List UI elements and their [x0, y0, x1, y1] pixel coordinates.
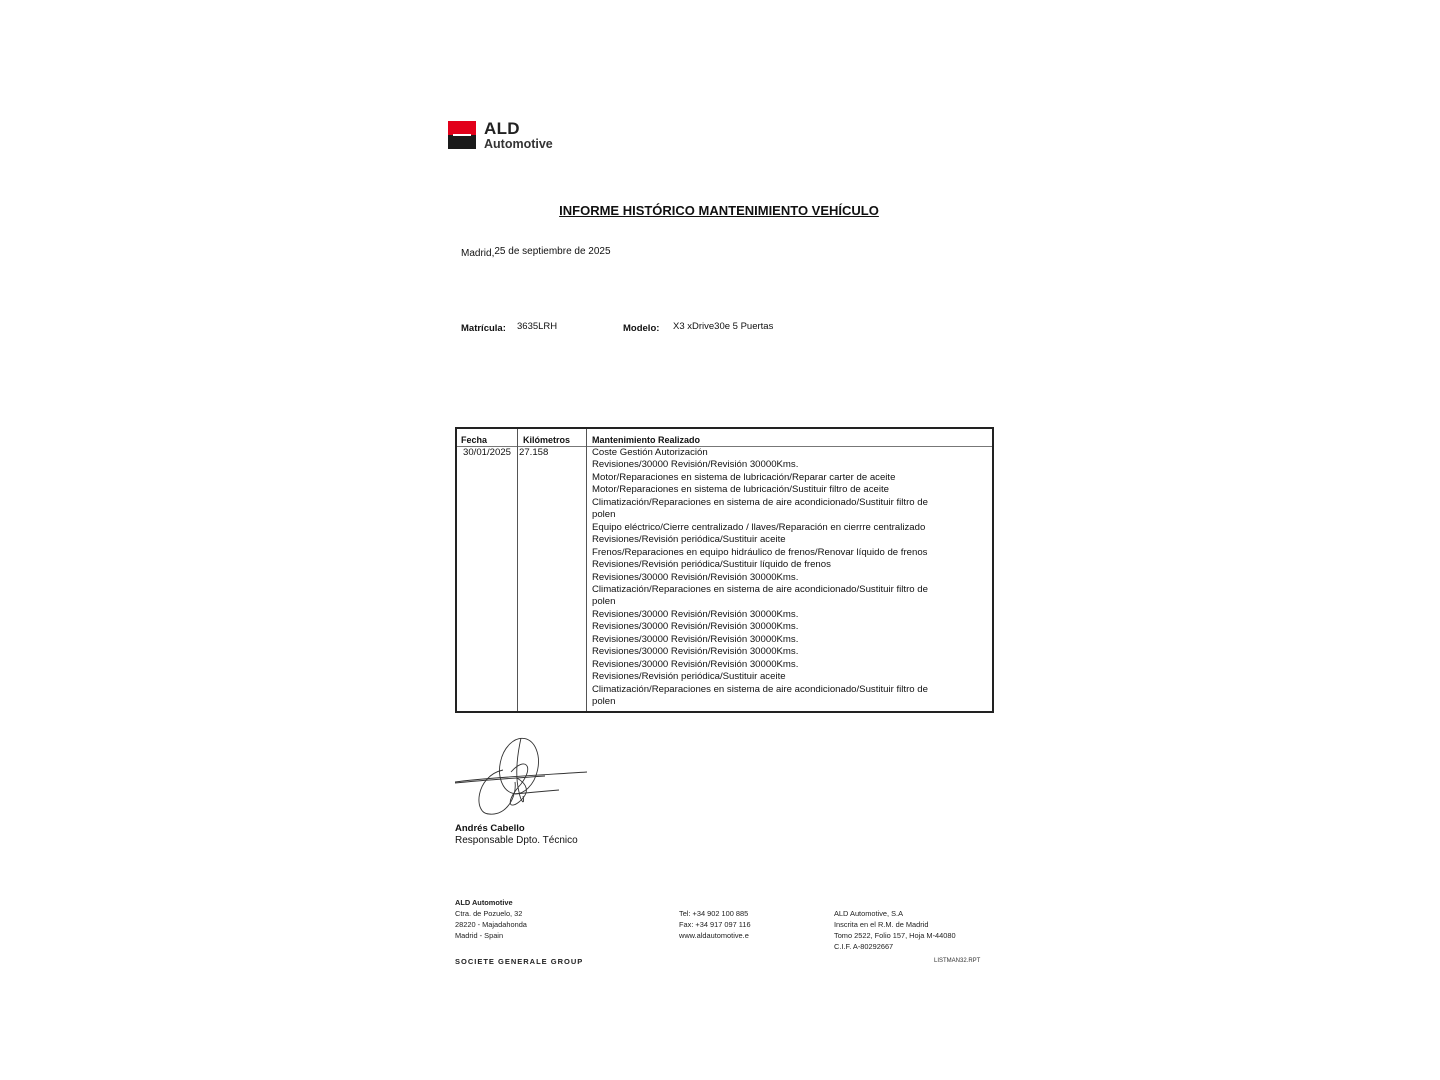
maintenance-task-line: Revisiones/30000 Revisión/Revisión 30000… — [592, 621, 932, 633]
societe-generale-mark-icon — [448, 121, 476, 149]
footer-legal-line: Tomo 2522, Folio 157, Hoja M-44080 — [834, 930, 956, 941]
maintenance-task-line: Motor/Reparaciones en sistema de lubrica… — [592, 484, 932, 496]
maintenance-task-line: Revisiones/Revisión periódica/Sustituir … — [592, 671, 932, 683]
model-value: X3 xDrive30e 5 Puertas — [673, 321, 773, 332]
document-date: Madrid,25 de septiembre de 2025 — [461, 246, 611, 257]
logo-brand: ALD — [484, 119, 520, 139]
footer-company: ALD Automotive — [455, 897, 527, 908]
header-kilometros: Kilómetros — [523, 435, 570, 445]
footer-legal-line: ALD Automotive, S.A — [834, 908, 956, 919]
maintenance-table: Fecha Kilómetros Mantenimiento Realizado… — [455, 427, 994, 713]
maintenance-task-line: Revisiones/Revisión periódica/Sustituir … — [592, 559, 932, 571]
maintenance-task-line: polen — [592, 696, 932, 708]
maintenance-task-line: Frenos/Reparaciones en equipo hidráulico… — [592, 547, 932, 559]
footer-legal-line: C.I.F. A-80292667 — [834, 941, 956, 952]
footer-fax: Fax: +34 917 097 116 — [679, 919, 751, 930]
logo-subtitle: Automotive — [484, 137, 553, 151]
maintenance-task-line: Revisiones/30000 Revisión/Revisión 30000… — [592, 634, 932, 646]
maintenance-task-line: Revisiones/30000 Revisión/Revisión 30000… — [592, 459, 932, 471]
maintenance-task-line: polen — [592, 509, 932, 521]
footer-legal-line: Inscrita en el R.M. de Madrid — [834, 919, 956, 930]
footer-address-line: Ctra. de Pozuelo, 32 — [455, 908, 527, 919]
report-code: LISTMAN32.RPT — [934, 958, 980, 964]
societe-generale-group-label: SOCIETE GENERALE GROUP — [455, 957, 583, 966]
cell-maintenance-tasks: Coste Gestión AutorizaciónRevisiones/300… — [592, 447, 932, 709]
maintenance-task-line: Revisiones/Revisión periódica/Sustituir … — [592, 534, 932, 546]
footer-legal: ALD Automotive, S.A Inscrita en el R.M. … — [834, 908, 956, 952]
maintenance-task-line: Coste Gestión Autorización — [592, 447, 932, 459]
header-mantenimiento: Mantenimiento Realizado — [592, 435, 700, 445]
maintenance-task-line: Revisiones/30000 Revisión/Revisión 30000… — [592, 646, 932, 658]
column-divider — [517, 429, 518, 711]
signature-scribble-icon — [455, 736, 589, 816]
column-divider — [586, 429, 587, 711]
footer-address-line: Madrid - Spain — [455, 930, 527, 941]
footer-phone: Tel: +34 902 100 885 — [679, 908, 751, 919]
maintenance-task-line: Motor/Reparaciones en sistema de lubrica… — [592, 472, 932, 484]
header-fecha: Fecha — [461, 435, 487, 445]
maintenance-task-line: Climatización/Reparaciones en sistema de… — [592, 684, 932, 696]
signer-name: Andrés Cabello — [455, 823, 525, 834]
maintenance-task-line: polen — [592, 596, 932, 608]
cell-kilometros: 27.158 — [519, 447, 548, 459]
maintenance-task-line: Revisiones/30000 Revisión/Revisión 30000… — [592, 609, 932, 621]
date-value: 25 de septiembre de 2025 — [494, 246, 610, 257]
signer-role: Responsable Dpto. Técnico — [455, 835, 578, 846]
plate-value: 3635LRH — [517, 321, 557, 332]
footer-address: ALD Automotive Ctra. de Pozuelo, 32 2822… — [455, 897, 527, 941]
cell-fecha: 30/01/2025 — [463, 447, 511, 459]
maintenance-task-line: Climatización/Reparaciones en sistema de… — [592, 584, 932, 596]
date-city: Madrid, — [461, 248, 494, 259]
footer-website: www.aldautomotive.e — [679, 930, 751, 941]
maintenance-task-line: Climatización/Reparaciones en sistema de… — [592, 497, 932, 509]
footer-contact: Tel: +34 902 100 885 Fax: +34 917 097 11… — [679, 908, 751, 941]
plate-label: Matrícula: — [461, 323, 506, 334]
footer-address-line: 28220 - Majadahonda — [455, 919, 527, 930]
maintenance-task-line: Equipo eléctrico/Cierre centralizado / l… — [592, 522, 932, 534]
document-title: INFORME HISTÓRICO MANTENIMIENTO VEHÍCULO — [0, 203, 1440, 218]
maintenance-task-line: Revisiones/30000 Revisión/Revisión 30000… — [592, 572, 932, 584]
model-label: Modelo: — [623, 323, 659, 334]
signature-image — [455, 736, 589, 816]
maintenance-task-line: Revisiones/30000 Revisión/Revisión 30000… — [592, 659, 932, 671]
ald-automotive-logo: ALD Automotive — [448, 121, 556, 151]
